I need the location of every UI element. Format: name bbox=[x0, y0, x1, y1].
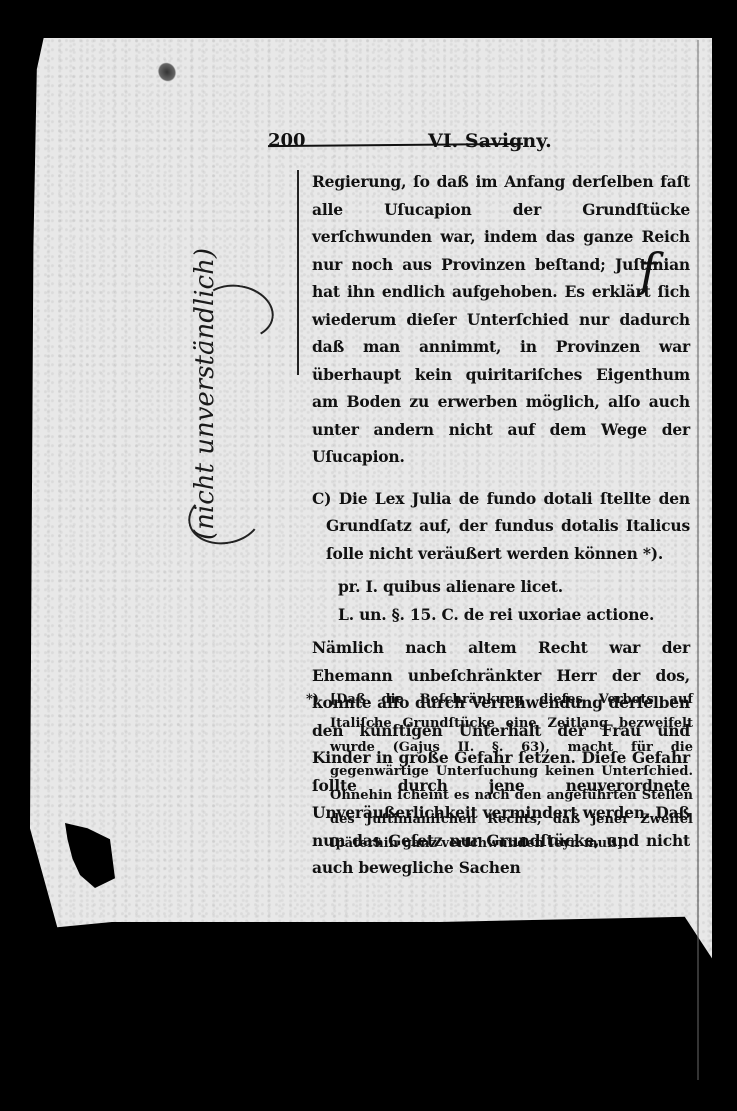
page-spine-edge bbox=[697, 40, 699, 1080]
footnote-marker: *) bbox=[306, 688, 319, 712]
running-head: VI. Savigny. bbox=[428, 130, 552, 152]
margin-bracket-line bbox=[297, 170, 299, 375]
paragraph-usucapion: Regierung, ſo daß im Anfang derſelben fa… bbox=[312, 168, 690, 471]
citation-2: L. un. §. 15. C. de rei uxoriae actione. bbox=[312, 601, 690, 629]
handwritten-margin-note: (nicht unverständlich) bbox=[190, 280, 220, 540]
page-number: 200 bbox=[268, 130, 306, 151]
footnote: *) [Daß die Beſchränkung dieſes Verbots … bbox=[308, 688, 693, 856]
paragraph-lex-julia: C) Die Lex Julia de fundo dotali ſtellte… bbox=[312, 485, 690, 568]
citation-1: pr. I. quibus alienare licet. bbox=[312, 573, 690, 601]
footnote-text: [Daß die Beſchränkung dieſes Verbots auf… bbox=[308, 688, 693, 856]
